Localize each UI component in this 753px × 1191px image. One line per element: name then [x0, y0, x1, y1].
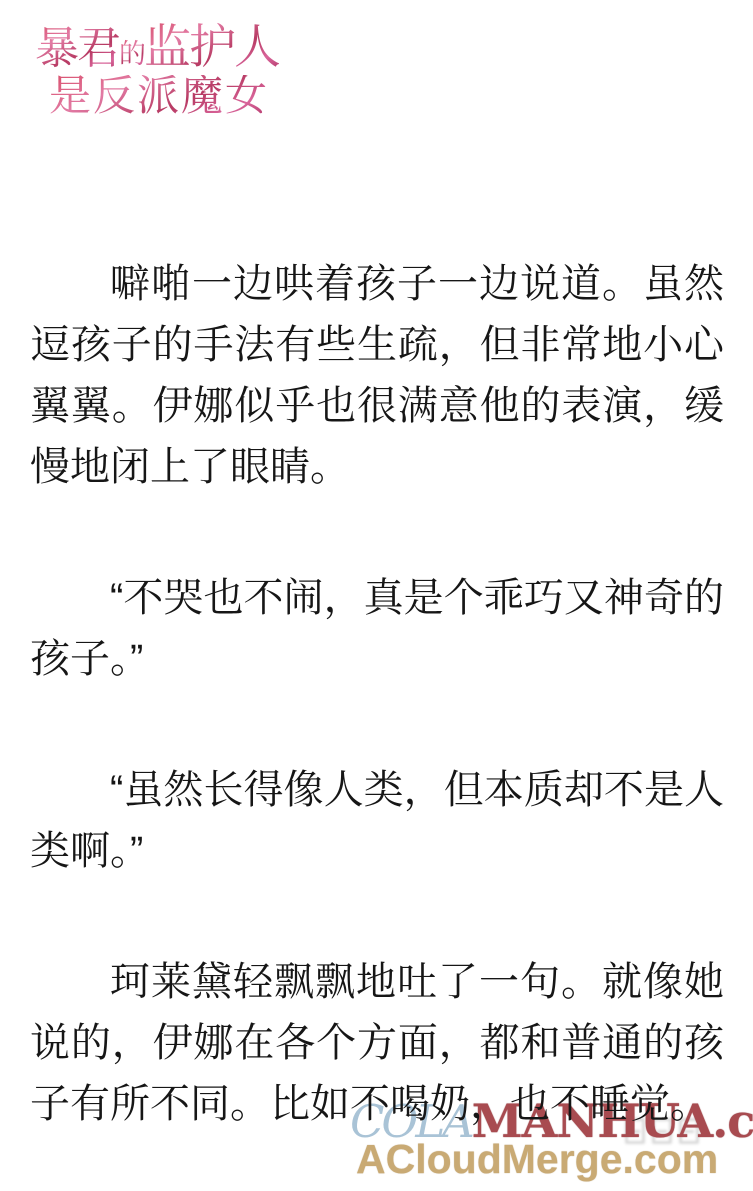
logo-title-part-2: 的 — [119, 39, 144, 70]
logo-line-2: 是反派魔女 — [49, 75, 279, 117]
story-text-block: 噼啪一边哄着孩子一边说道。虽然逗孩子的手法有些生疏，但非常地小心翼翼。伊娜似乎也… — [30, 254, 724, 1135]
logo-title-part-1: 暴君 — [35, 23, 119, 74]
story-paragraph-2: “不哭也不闹，真是个乖巧又神奇的孩子。” — [30, 568, 724, 690]
manhua-novel-page: 暴君的监护人 是反派魔女 噼啪一边哄着孩子一边说道。虽然逗孩子的手法有些生疏，但… — [0, 0, 753, 1191]
series-logo: 暴君的监护人 是反派魔女 — [35, 24, 279, 117]
story-paragraph-1: 噼啪一边哄着孩子一边说道。虽然逗孩子的手法有些生疏，但非常地小心翼翼。伊娜似乎也… — [30, 254, 724, 498]
acloudmerge-watermark: ACloudMerge.com — [356, 1136, 718, 1183]
story-paragraph-4: 珂莱黛轻飘飘地吐了一句。就像她说的，伊娜在各个方面，都和普通的孩子有所不同。比如… — [30, 952, 724, 1135]
logo-title-part-3: 监护人 — [144, 20, 279, 75]
story-paragraph-3: “虽然长得像人类，但本质却不是人类啊。” — [30, 760, 724, 882]
logo-line-1: 暴君的监护人 — [35, 24, 279, 71]
